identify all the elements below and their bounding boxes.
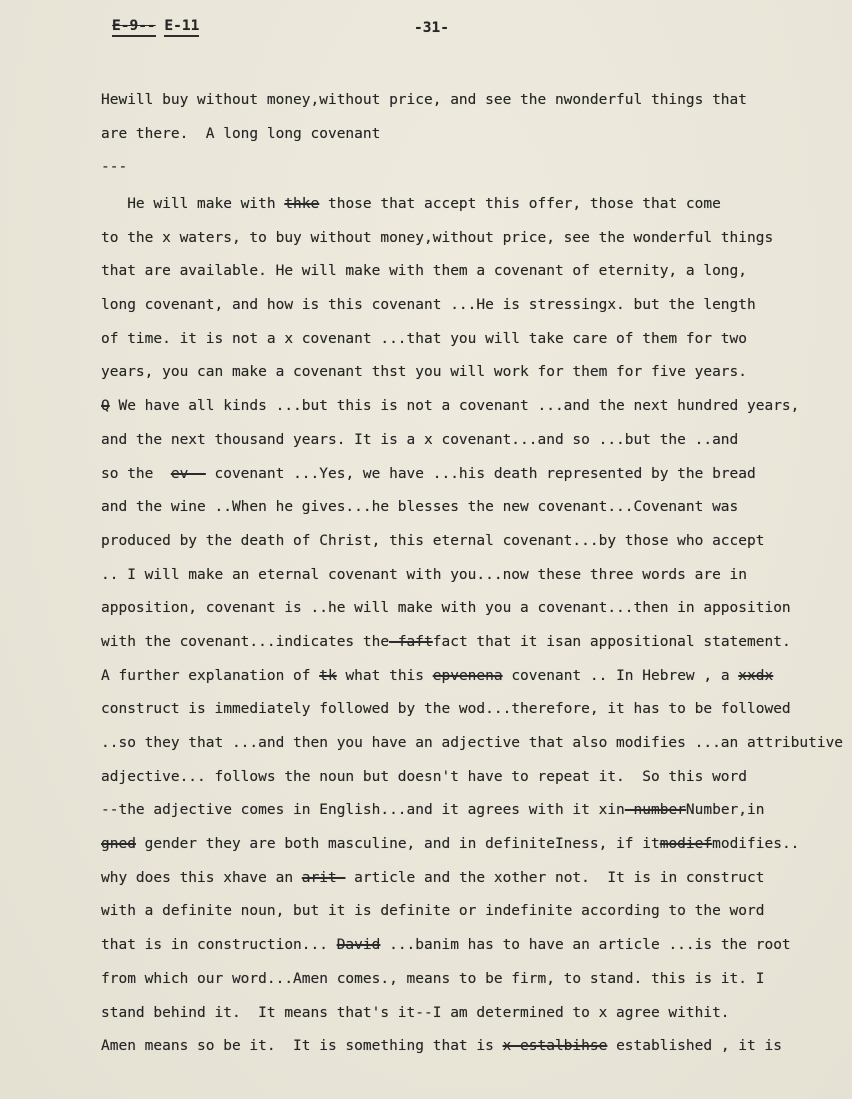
text-line: .. I will make an eternal covenant with … xyxy=(101,559,848,593)
typed-text: We have all kinds ...but this is not a c… xyxy=(110,398,800,414)
typed-text: gender they are both masculine, and in d… xyxy=(136,836,660,852)
typed-text: that are available. He will make with th… xyxy=(101,263,747,279)
typed-text: ..so they that ...and then you have an a… xyxy=(101,735,843,751)
header-reference: E-9-- E-11 xyxy=(112,18,199,34)
text-line: that are available. He will make with th… xyxy=(101,255,848,289)
typed-text: and the next thousand years. It is a x c… xyxy=(101,432,738,448)
struck-text: -faft xyxy=(389,634,433,650)
text-line: and the next thousand years. It is a x c… xyxy=(101,424,848,458)
text-line: produced by the death of Christ, this et… xyxy=(101,525,848,559)
typed-text: what this xyxy=(337,668,433,684)
typed-text: produced by the death of Christ, this et… xyxy=(101,533,764,549)
typed-text: A further explanation of xyxy=(101,668,319,684)
typed-text: modifies.. xyxy=(712,836,799,852)
typed-text: Number,in xyxy=(686,802,765,818)
typed-text: are there. A long long covenant xyxy=(101,126,380,142)
struck-text: xxdx xyxy=(738,668,773,684)
typed-text: adjective... follows the noun but doesn'… xyxy=(101,769,747,785)
text-line: why does this xhave an arit- article and… xyxy=(101,862,848,896)
typed-text: article and the xother not. It is in con… xyxy=(345,870,764,886)
struck-text: epvenena xyxy=(433,668,503,684)
typed-text: years, you can make a covenant thst you … xyxy=(101,364,747,380)
text-line: of time. it is not a x covenant ...that … xyxy=(101,323,848,357)
struck-text: -number xyxy=(625,802,686,818)
text-line: to the x waters, to buy without money,wi… xyxy=(101,222,848,256)
body-paragraph: He will make with thke those that accept… xyxy=(101,188,848,1064)
text-line: gned gender they are both masculine, and… xyxy=(101,828,848,862)
typed-text: that is in construction... xyxy=(101,937,337,953)
typed-text: E-11 xyxy=(164,18,199,37)
text-line: and the wine ..When he gives...he blesse… xyxy=(101,491,848,525)
struck-text: tk xyxy=(319,668,336,684)
text-line: that is in construction... David ...bani… xyxy=(101,929,848,963)
struck-text: E-9-- xyxy=(112,18,156,37)
typed-text: Amen means so be it. It is something tha… xyxy=(101,1038,503,1054)
text-line: so the ev-- covenant ...Yes, we have ...… xyxy=(101,458,848,492)
text-line: stand behind it. It means that's it--I a… xyxy=(101,997,848,1031)
text-line: He will make with thke those that accept… xyxy=(101,188,848,222)
typed-text: why does this xhave an xyxy=(101,870,302,886)
text-line: Q We have all kinds ...but this is not a… xyxy=(101,390,848,424)
text-line: years, you can make a covenant thst you … xyxy=(101,356,848,390)
text-line: ..so they that ...and then you have an a… xyxy=(101,727,848,761)
page-header: E-9-- E-11 -31- xyxy=(0,18,852,42)
typed-text: long covenant, and how is this covenant … xyxy=(101,297,756,313)
typed-text: of time. it is not a x covenant ...that … xyxy=(101,331,747,347)
text-line: --- xyxy=(101,151,822,185)
typed-text: --the adjective comes in English...and i… xyxy=(101,802,625,818)
typed-text: .. I will make an eternal covenant with … xyxy=(101,567,747,583)
typed-text: with the covenant...indicates the xyxy=(101,634,389,650)
struck-text: modief xyxy=(660,836,712,852)
typed-text: ...banim has to have an article ...is th… xyxy=(380,937,790,953)
typed-text: covenant ...Yes, we have ...his death re… xyxy=(206,466,756,482)
struck-text: thke xyxy=(284,196,319,212)
text-line: A further explanation of tk what this ep… xyxy=(101,660,848,694)
typed-text: established , it is xyxy=(607,1038,782,1054)
document-page: E-9-- E-11 -31- Hewill buy without money… xyxy=(0,0,852,1099)
typed-text: covenant .. In Hebrew , a xyxy=(503,668,739,684)
struck-text: ev-- xyxy=(171,466,206,482)
page-number: -31- xyxy=(414,20,449,36)
struck-text: Q xyxy=(101,398,110,414)
struck-text: arit- xyxy=(302,870,346,886)
struck-text: gned xyxy=(101,836,136,852)
typed-text: --- xyxy=(101,159,127,175)
text-line: --the adjective comes in English...and i… xyxy=(101,794,848,828)
text-line: construct is immediately followed by the… xyxy=(101,693,848,727)
text-line: long covenant, and how is this covenant … xyxy=(101,289,848,323)
text-line: apposition, covenant is ..he will make w… xyxy=(101,592,848,626)
struck-text: x estalbihse xyxy=(503,1038,608,1054)
typed-text: and the wine ..When he gives...he blesse… xyxy=(101,499,738,515)
text-line: are there. A long long covenant xyxy=(101,118,822,152)
text-line: with the covenant...indicates the-faftfa… xyxy=(101,626,848,660)
typed-text: to the x waters, to buy without money,wi… xyxy=(101,230,773,246)
struck-text: David xyxy=(337,937,381,953)
typed-text: stand behind it. It means that's it--I a… xyxy=(101,1005,730,1021)
typed-text: from which our word...Amen comes., means… xyxy=(101,971,764,987)
typed-text: fact that it isan appositional statement… xyxy=(433,634,791,650)
typed-text: with a definite noun, but it is definite… xyxy=(101,903,764,919)
typed-text: construct is immediately followed by the… xyxy=(101,701,791,717)
typed-text: those that accept this offer, those that… xyxy=(319,196,721,212)
text-line: Hewill buy without money,without price, … xyxy=(101,84,822,118)
typed-text: apposition, covenant is ..he will make w… xyxy=(101,600,791,616)
typed-text: Hewill buy without money,without price, … xyxy=(101,92,747,108)
text-line: with a definite noun, but it is definite… xyxy=(101,895,848,929)
typed-text: so the xyxy=(101,466,171,482)
typed-text: He will make with xyxy=(101,196,284,212)
text-line: from which our word...Amen comes., means… xyxy=(101,963,848,997)
intro-paragraph: Hewill buy without money,without price, … xyxy=(101,84,822,185)
text-line: adjective... follows the noun but doesn'… xyxy=(101,761,848,795)
text-line: Amen means so be it. It is something tha… xyxy=(101,1030,848,1064)
